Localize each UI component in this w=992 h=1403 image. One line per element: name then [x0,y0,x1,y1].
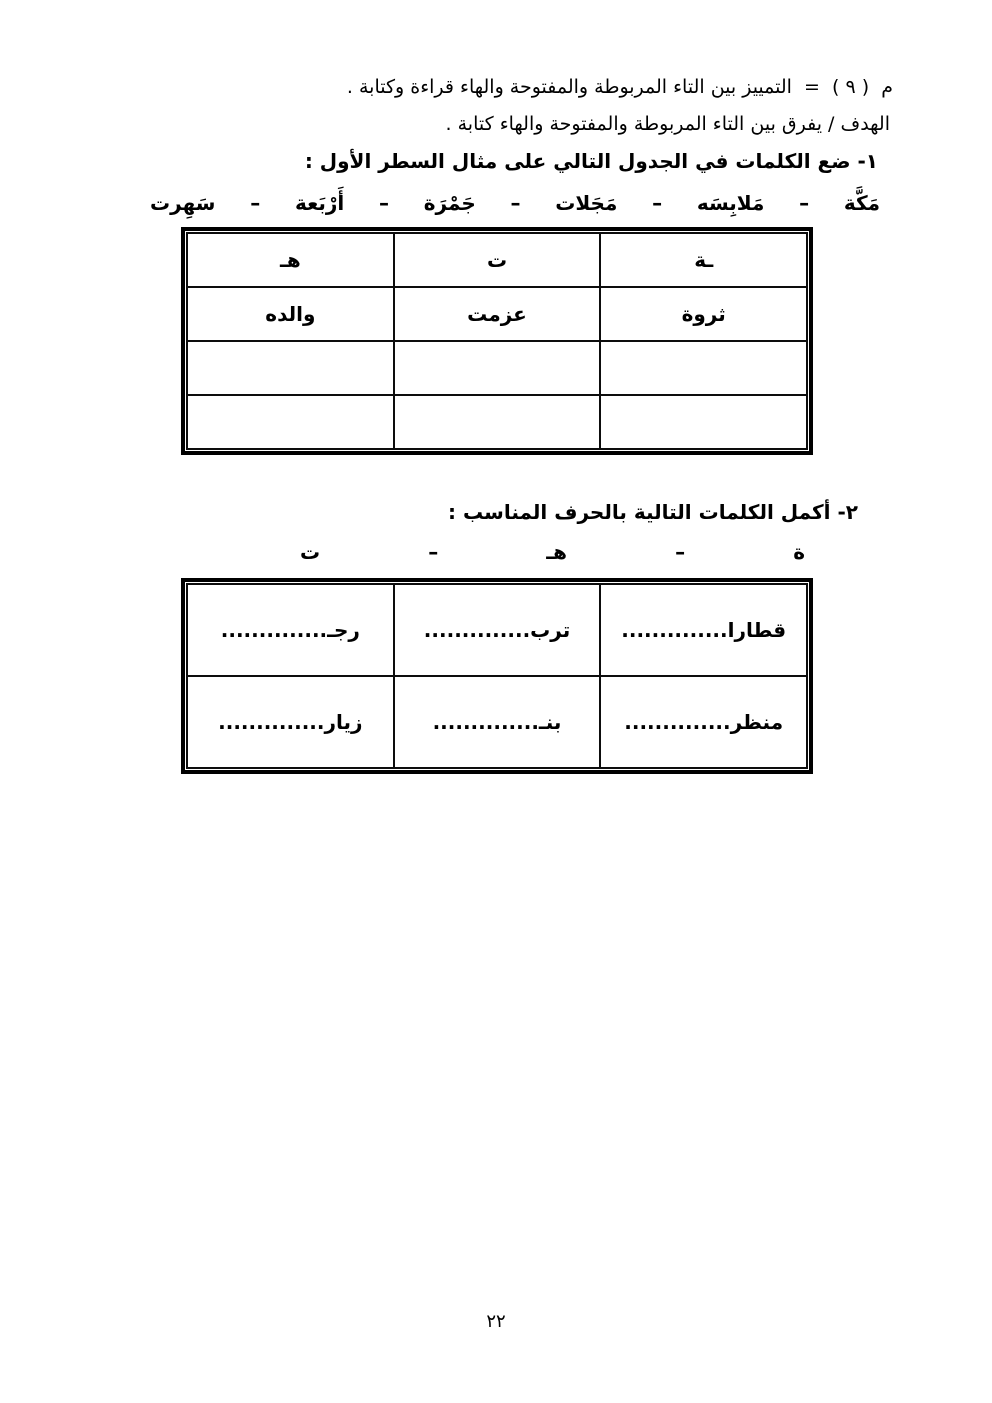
separator-dash: – [511,191,521,215]
letter-option: هـ [546,540,567,564]
word-item: مَجَلات [555,191,617,215]
sorting-table: ـة ت هـ ثروة عزمت والده [181,227,813,455]
separator-dash: – [250,191,260,215]
completion-cell: بنـ.............. [394,676,601,768]
separator-dash: – [652,191,662,215]
word-item: مَكَّة [844,191,880,215]
empty-answer-cell [600,341,807,395]
letter-options: ة – هـ – ت [300,540,805,564]
page-number: ٢٢ [0,1311,992,1332]
worksheet-page: م ( ٩ ) = التمييز بين التاء المربوطة وال… [0,0,992,1403]
word-bank: مَكَّة – مَلابِسَه – مَجَلات – جَمْرَة –… [150,191,880,215]
separator-dash: – [379,191,389,215]
empty-answer-cell [394,341,601,395]
separator-dash: – [428,540,438,564]
answer-row [187,395,807,449]
completion-cell: منظر.............. [600,676,807,768]
word-item: مَلابِسَه [697,191,765,215]
example-cell: ثروة [600,287,807,341]
completion-row: منظر.............. بنـ.............. زيا… [187,676,807,768]
column-header-taa-marbuta: ـة [600,233,807,287]
empty-answer-cell [600,395,807,449]
word-item: جَمْرَة [424,191,476,215]
example-row: ثروة عزمت والده [187,287,807,341]
separator-dash: – [675,540,685,564]
word-item: سَهِرت [150,191,215,215]
letter-option: ة [793,540,805,564]
completion-cell: رجـ.............. [187,584,394,676]
answer-row [187,341,807,395]
column-header-haa: هـ [187,233,394,287]
table-header-row: ـة ت هـ [187,233,807,287]
completion-cell: ترب.............. [394,584,601,676]
exercise1-title: ١- ضع الكلمات في الجدول التالي على مثال … [305,149,878,173]
objective-line: الهدف / يفرق بين التاء المربوطة والمفتوح… [446,113,890,136]
example-cell: والده [187,287,394,341]
example-cell: عزمت [394,287,601,341]
lesson-number-line: م ( ٩ ) = التمييز بين التاء المربوطة وال… [347,76,893,99]
column-header-taa-maftuha: ت [394,233,601,287]
completion-table: قطارا.............. ترب.............. رج… [181,578,813,774]
empty-answer-cell [187,341,394,395]
exercise2-title: ٢- أكمل الكلمات التالية بالحرف المناسب : [448,500,858,524]
completion-cell: زيار.............. [187,676,394,768]
word-item: أَرْبَعة [295,191,344,215]
letter-option: ت [300,540,320,564]
completion-row: قطارا.............. ترب.............. رج… [187,584,807,676]
empty-answer-cell [187,395,394,449]
completion-cell: قطارا.............. [600,584,807,676]
empty-answer-cell [394,395,601,449]
separator-dash: – [799,191,809,215]
